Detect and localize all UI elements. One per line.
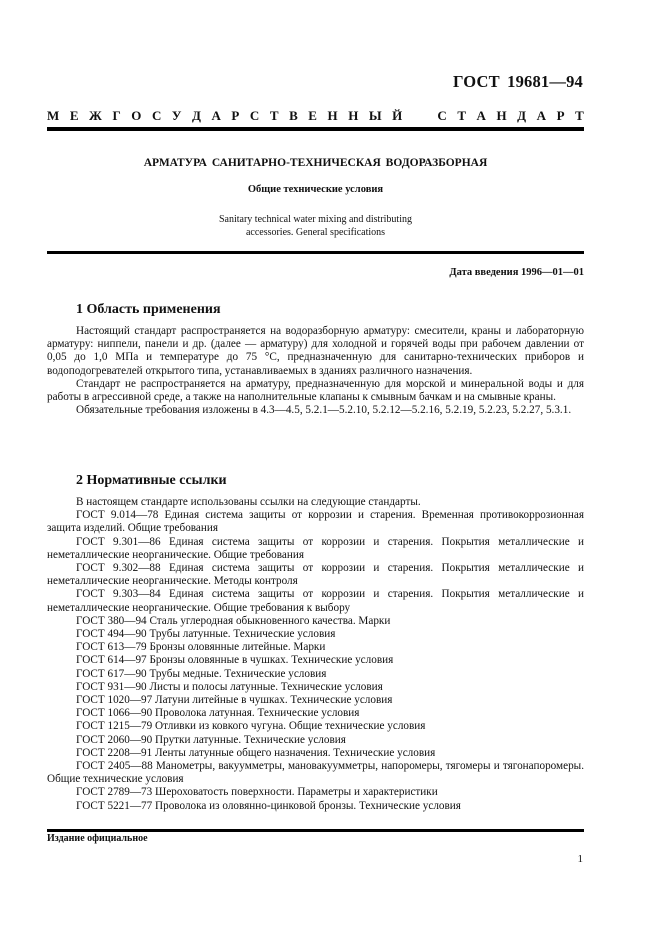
banner-letter: В bbox=[289, 108, 298, 124]
english-title: Sanitary technical water mixing and dist… bbox=[47, 214, 584, 239]
document-page: ГОСТ 19681—94 МЕЖГОСУДАРСТВЕННЫЙСТАНДАРТ… bbox=[0, 0, 661, 936]
gost-number: ГОСТ 19681—94 bbox=[453, 72, 583, 92]
section-1-heading: 1 Область применения bbox=[76, 302, 221, 318]
reference-item: ГОСТ 2060—90 Прутки латунные. Технически… bbox=[47, 734, 584, 747]
reference-item: ГОСТ 380—94 Сталь углеродная обыкновенно… bbox=[47, 615, 584, 628]
introduction-date: Дата введения 1996—01—01 bbox=[449, 267, 584, 278]
reference-item: ГОСТ 1020—97 Латуни литейные в чушках. Т… bbox=[47, 694, 584, 707]
banner-gap bbox=[413, 108, 427, 124]
banner-letter: Н bbox=[328, 108, 338, 124]
section-1-paragraph: Стандарт не распространяется на арматуру… bbox=[47, 378, 584, 404]
banner-letter: Н bbox=[496, 108, 506, 124]
banner-letter: М bbox=[47, 108, 59, 124]
reference-item: ГОСТ 2789—73 Шероховатость поверхности. … bbox=[47, 786, 584, 799]
banner-letter: С bbox=[250, 108, 259, 124]
section-2-body: В настоящем стандарте использованы ссылк… bbox=[47, 496, 584, 813]
banner-letter: Й bbox=[392, 108, 402, 124]
banner-letter: Т bbox=[575, 108, 584, 124]
section-2-intro: В настоящем стандарте использованы ссылк… bbox=[47, 496, 584, 509]
section-1-paragraph: Обязательные требования изложены в 4.3—4… bbox=[47, 404, 584, 417]
banner-letter: С bbox=[152, 108, 161, 124]
banner-letter: Ж bbox=[89, 108, 102, 124]
reference-item: ГОСТ 9.302—88 Единая система защиты от к… bbox=[47, 562, 584, 588]
english-title-line1: Sanitary technical water mixing and dist… bbox=[47, 214, 584, 227]
section-1-paragraph: Настоящий стандарт распространяется на в… bbox=[47, 325, 584, 378]
reference-item: ГОСТ 613—79 Бронзы оловянные литейные. М… bbox=[47, 641, 584, 654]
banner-letter: Д bbox=[517, 108, 526, 124]
section-1-body: Настоящий стандарт распространяется на в… bbox=[47, 325, 584, 417]
document-title: АРМАТУРА САНИТАРНО-ТЕХНИЧЕСКАЯ ВОДОРАЗБО… bbox=[47, 157, 584, 169]
reference-item: ГОСТ 2208—91 Ленты латунные общего назна… bbox=[47, 747, 584, 760]
reference-item: ГОСТ 2405—88 Манометры, вакуумметры, ман… bbox=[47, 760, 584, 786]
document-subtitle: Общие технические условия bbox=[47, 184, 584, 195]
banner-letter: Е bbox=[70, 108, 79, 124]
banner-letter: Р bbox=[231, 108, 239, 124]
reference-item: ГОСТ 5221—77 Проволока из оловянно-цинко… bbox=[47, 800, 584, 813]
banner-letter: Г bbox=[112, 108, 120, 124]
banner-letter: А bbox=[537, 108, 546, 124]
middle-rule bbox=[47, 251, 584, 254]
section-2-heading: 2 Нормативные ссылки bbox=[76, 473, 227, 489]
reference-item: ГОСТ 1066—90 Проволока латунная. Техниче… bbox=[47, 707, 584, 720]
banner-letter: Р bbox=[557, 108, 565, 124]
footer-rule bbox=[47, 829, 584, 832]
banner-letter: Д bbox=[192, 108, 201, 124]
banner-letter: О bbox=[131, 108, 141, 124]
reference-item: ГОСТ 931—90 Листы и полосы латунные. Тех… bbox=[47, 681, 584, 694]
reference-item: ГОСТ 9.301—86 Единая система защиты от к… bbox=[47, 536, 584, 562]
reference-item: ГОСТ 494—90 Трубы латунные. Технические … bbox=[47, 628, 584, 641]
interstate-standard-banner: МЕЖГОСУДАРСТВЕННЫЙСТАНДАРТ bbox=[47, 108, 584, 124]
reference-item: ГОСТ 1215—79 Отливки из ковкого чугуна. … bbox=[47, 720, 584, 733]
banner-letter: Ы bbox=[369, 108, 382, 124]
reference-item: ГОСТ 9.303—84 Единая система защиты от к… bbox=[47, 588, 584, 614]
banner-letter: Е bbox=[308, 108, 317, 124]
banner-letter: Т bbox=[457, 108, 466, 124]
banner-letter: Н bbox=[348, 108, 358, 124]
page-number: 1 bbox=[578, 853, 584, 865]
reference-item: ГОСТ 614—97 Бронзы оловянные в чушках. Т… bbox=[47, 654, 584, 667]
banner-letter: А bbox=[477, 108, 486, 124]
banner-letter: А bbox=[211, 108, 220, 124]
official-edition-label: Издание официальное bbox=[47, 833, 148, 844]
banner-letter: С bbox=[437, 108, 446, 124]
banner-letter: Т bbox=[270, 108, 279, 124]
top-rule bbox=[47, 127, 584, 131]
banner-letter: У bbox=[172, 108, 182, 124]
reference-item: ГОСТ 617—90 Трубы медные. Технические ус… bbox=[47, 668, 584, 681]
english-title-line2: accessories. General specifications bbox=[47, 227, 584, 240]
reference-item: ГОСТ 9.014—78 Единая система защиты от к… bbox=[47, 509, 584, 535]
